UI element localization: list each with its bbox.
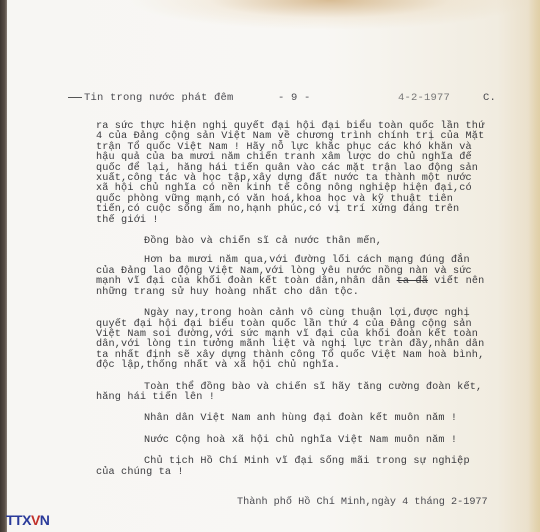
header-page-number: - 9 - [278,92,311,104]
text-segment: viết nên [434,276,484,287]
paragraph-unity: Toàn thể đồng bào và chiến sĩ hãy tăng c… [96,383,526,404]
text-line: Nhân dân Việt Nam anh hùng đại đoàn kết … [96,414,526,424]
text-line: Đồng bào và chiến sĩ cả nước thân mến, [96,237,526,247]
ttxvn-watermark-logo: TTXVN [6,512,49,528]
signature-place-date: Thành phố Hồ Chí Minh,ngày 4 tháng 2-197… [237,497,488,508]
page-binding-edge [0,0,7,532]
header-date: 4-2-1977 [398,92,450,104]
text-line: thế giới ! [96,216,526,226]
header-code: C. [483,92,496,104]
page-aged-edge [528,0,540,532]
text-line: Nước Cộng hoà xã hội chủ nghĩa Việt Nam … [96,436,526,446]
text-line: những trang sử huy hoàng nhất cho dân tộ… [96,288,526,298]
text-line: hăng hái tiến lên ! [96,393,526,403]
header-source: Tin trong nước phát đêm [68,92,234,104]
slogan-republic: Nước Cộng hoà xã hội chủ nghĩa Việt Nam … [96,436,526,446]
text-line: Chủ tịch Hồ Chí Minh vĩ đại sống mãi tro… [96,457,526,467]
logo-accent: V [31,512,40,528]
text-line: Ngày nay,trong hoàn cảnh vô cùng thuận l… [96,309,526,319]
paragraph-history: Hơn ba mươi năm qua,với đường lối cách m… [96,256,526,298]
text-line: độc lập,thống nhất và xã hội chủ nghĩa. [96,361,526,371]
text-line: của chúng ta ! [96,468,526,478]
dash-mark [68,97,82,98]
logo-text: TTX [6,512,31,528]
paragraph-today: Ngày nay,trong hoàn cảnh vô cùng thuận l… [96,309,526,371]
text-segment: mạnh vĩ đại của khối đoàn kết toàn dân,n… [96,276,390,287]
slogan-people: Nhân dân Việt Nam anh hùng đại đoàn kết … [96,414,526,424]
slogan-ho-chi-minh: Chủ tịch Hồ Chí Minh vĩ đại sống mãi tro… [96,457,526,478]
scanned-document-page: Tin trong nước phát đêm - 9 - 4-2-1977 C… [0,0,540,532]
struck-text: ta đã [397,276,428,287]
document-body: ra sức thực hiện nghị quyết đại hội đại … [96,122,526,478]
header-source-text: Tin trong nước phát đêm [84,92,234,104]
paragraph-call-to-action: ra sức thực hiện nghị quyết đại hội đại … [96,122,526,226]
paragraph-greeting: Đồng bào và chiến sĩ cả nước thân mến, [96,237,526,247]
text-line: tiến,có cuộc sống ấm no,hạnh phúc,có vị … [96,205,526,215]
logo-text: N [40,512,50,528]
